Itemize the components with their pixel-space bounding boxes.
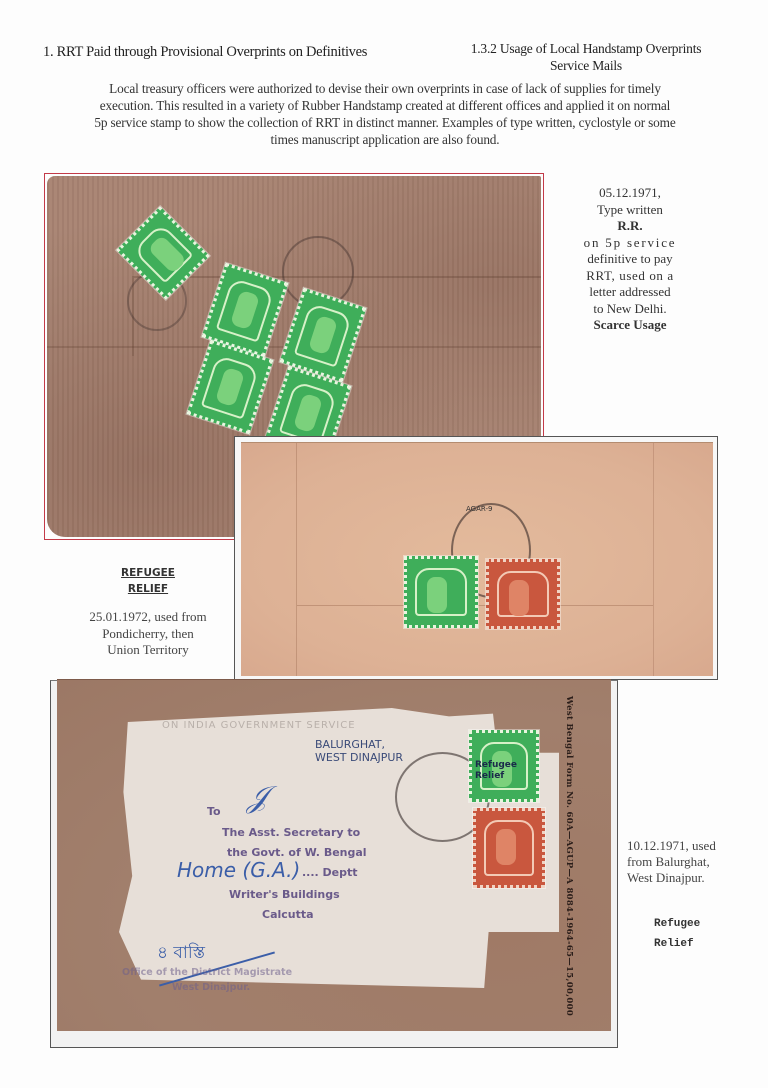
intro-line: times manuscript application are also fo… [40, 131, 730, 148]
stamp-5p-green-refugee-relief [404, 556, 478, 628]
stamp-20p-red [473, 808, 545, 888]
refugee-label: Refugee [654, 914, 737, 934]
intro-line: 5p service stamp to show the collection … [40, 114, 730, 131]
description-line: 10.12.1971, used [627, 838, 737, 854]
description-line: 25.01.1972, used from [68, 609, 228, 626]
relief-heading: RELIEF [68, 581, 228, 597]
section-title: 1. RRT Paid through Provisional Overprin… [43, 44, 367, 61]
exhibit-1-description: 05.12.1971, Type written R.R. on 5p serv… [570, 185, 690, 334]
address-line: .... Deptt [302, 866, 358, 879]
description-line: Union Territory [68, 642, 228, 659]
sender-line: Office of the District Magistrate [122, 965, 292, 980]
subsection-title: 1.3.2 Usage of Local Handstamp Overprint… [446, 40, 726, 74]
address-line: Calcutta [262, 908, 314, 921]
description-line: Pondicherry, then [68, 626, 228, 643]
relief-label: Relief [654, 934, 737, 954]
faint-header-text: ON INDIA GOVERNMENT SERVICE [162, 720, 356, 731]
sender-handstamp: Office of the District Magistrate West D… [122, 965, 292, 995]
exhibit-2-description: REFUGEE RELIEF 25.01.1972, used from Pon… [68, 565, 228, 659]
intro-line: Local treasury officers were authorized … [40, 80, 730, 97]
postmark-text: AGAR-9 [466, 505, 492, 513]
description-line: RRT, used on a [570, 268, 690, 285]
intro-line: execution. This resulted in a variety of… [40, 97, 730, 114]
vertical-form-imprint: West Bengal Form No. 60A—AGUP—A 8084-196… [564, 696, 574, 1016]
manuscript-initial: 𝒥 [247, 780, 268, 815]
sender-line: West Dinajpur. [122, 980, 292, 995]
description-line: to New Delhi. [570, 301, 690, 318]
intro-paragraph: Local treasury officers were authorized … [40, 80, 730, 148]
description-line: definitive to pay [570, 251, 690, 268]
envelope-flap-line [241, 443, 297, 676]
address-to: To [207, 805, 221, 818]
overprint-label: R.R. [570, 218, 690, 235]
address-manuscript: Home (G.A.) [177, 858, 300, 882]
address-line: Writer's Buildings [229, 888, 340, 901]
description-line: Type written [570, 202, 690, 219]
envelope-flap-line [653, 443, 713, 676]
description-line: on 5p service [570, 235, 690, 252]
origin-handwritten: BALURGHAT, WEST DINAJPUR [315, 738, 403, 764]
date: 05.12.1971, [570, 185, 690, 202]
origin-line: WEST DINAJPUR [315, 751, 403, 764]
description-line: from Balurghat, [627, 854, 737, 870]
rarity-label: Scarce Usage [570, 317, 690, 334]
subsection-title-line1: 1.3.2 Usage of Local Handstamp Overprint… [446, 40, 726, 57]
subsection-title-line2: Service Mails [446, 57, 726, 74]
origin-line: BALURGHAT, [315, 738, 403, 751]
address-line: The Asst. Secretary to [222, 826, 360, 839]
exhibit-2-cover-image: AGAR-9 [241, 442, 713, 676]
stamp-20p-red [486, 559, 560, 629]
stamp-overprint: Refugee Relief [475, 760, 535, 782]
refugee-heading: REFUGEE [68, 565, 228, 581]
exhibit-3-cover-image: ON INDIA GOVERNMENT SERVICE BALURGHAT, W… [57, 679, 611, 1031]
description-line: letter addressed [570, 284, 690, 301]
description-line: West Dinajpur. [627, 870, 737, 886]
bengali-signature: ৪ বাস্তি [157, 940, 205, 968]
exhibit-3-description: 10.12.1971, used from Balurghat, West Di… [627, 838, 737, 954]
